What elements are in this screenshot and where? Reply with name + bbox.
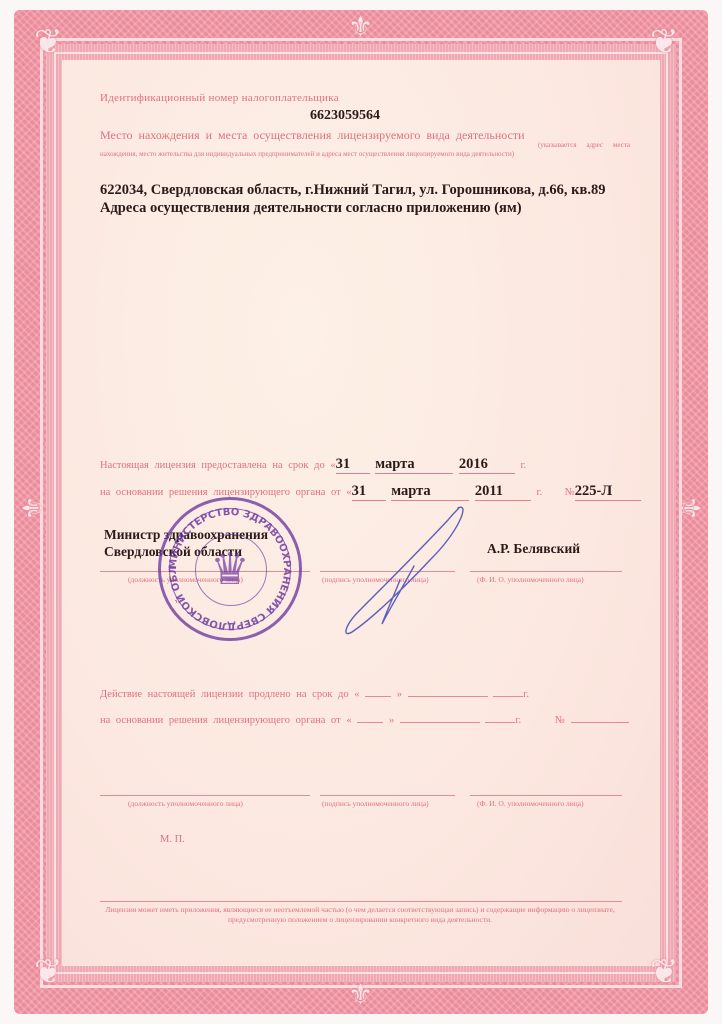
term-basis-year: 2011 xyxy=(475,483,531,501)
extension-month-blank xyxy=(408,686,488,697)
footer-note: Лицензия может иметь приложения, являющи… xyxy=(100,905,620,925)
extension-term-line: Действие настоящей лицензии продлено на … xyxy=(100,686,529,700)
term-granted-month: марта xyxy=(375,456,453,474)
fleur-de-lis-icon: ⚜ xyxy=(348,982,373,1010)
term-basis-line: на основании решения лицензирующего орга… xyxy=(100,483,641,501)
corner-ornament-icon: ❦ xyxy=(34,26,63,60)
extension-basis-day-blank xyxy=(357,712,383,723)
name-rule xyxy=(470,571,622,572)
term-basis-month: марта xyxy=(391,483,469,501)
ext-caption-position: (должность уполномоченного лица) xyxy=(128,799,243,808)
extension-basis-month-blank xyxy=(400,712,480,723)
taxpayer-id-label: Идентификационный номер налогоплательщик… xyxy=(100,92,339,104)
seal-place-label: М. П. xyxy=(160,834,185,845)
handwritten-signature xyxy=(330,500,480,640)
decision-number-value: 225-Л xyxy=(575,483,641,501)
signatory-name: А.Р. Белявский xyxy=(487,541,580,557)
caption-name: (Ф. И. О. уполномоченного лица) xyxy=(477,575,584,584)
corner-ornament-icon: ❦ xyxy=(650,26,679,60)
extension-term-label: Действие настоящей лицензии продлено на … xyxy=(100,689,360,700)
address-line-2: Адреса осуществления деятельности соглас… xyxy=(100,200,522,217)
location-label-note: (указывается адрес места нахождения, мес… xyxy=(100,141,630,159)
coat-of-arms-eagle-icon: ♛ xyxy=(205,542,255,598)
corner-ornament-icon: ❦ xyxy=(650,956,679,990)
term-granted-year: 2016 xyxy=(459,456,515,474)
decision-number-label: № xyxy=(565,487,575,498)
extension-year-blank xyxy=(493,686,523,697)
corner-ornament-icon: ❦ xyxy=(34,956,63,990)
footer-rule xyxy=(100,901,622,902)
ext-caption-name: (Ф. И. О. уполномоченного лица) xyxy=(477,799,584,808)
extension-basis-line: на основании решения лицензирующего орга… xyxy=(100,712,629,726)
year-suffix: г. xyxy=(520,460,526,471)
ext-caption-signature: (подпись уполномоченного лица) xyxy=(322,799,429,808)
ext-signature-rule xyxy=(320,795,455,796)
extension-basis-year-blank xyxy=(485,712,515,723)
extension-day-blank xyxy=(365,686,391,697)
fleur-de-lis-icon: ⚜ xyxy=(348,14,373,42)
official-stamp: МИНИСТЕРСТВО ЗДРАВООХРАНЕНИЯ СВЕРДЛОВСКО… xyxy=(158,497,302,641)
address-line-1: 622034, Свердловская область, г.Нижний Т… xyxy=(100,182,605,199)
extension-number-blank xyxy=(571,712,629,723)
term-granted-line: Настоящая лицензия предоставлена на срок… xyxy=(100,456,526,474)
year-suffix: г. xyxy=(536,487,542,498)
fleur-de-lis-icon: ⚜ xyxy=(21,495,49,520)
extension-basis-label: на основании решения лицензирующего орга… xyxy=(100,715,352,726)
term-granted-label: Настоящая лицензия предоставлена на срок… xyxy=(100,460,336,471)
ext-name-rule xyxy=(470,795,622,796)
term-basis-day: 31 xyxy=(352,483,386,501)
ext-position-rule xyxy=(100,795,310,796)
term-granted-day: 31 xyxy=(336,456,370,474)
taxpayer-id-value: 6623059564 xyxy=(310,108,380,124)
fleur-de-lis-icon: ⚜ xyxy=(675,495,703,520)
